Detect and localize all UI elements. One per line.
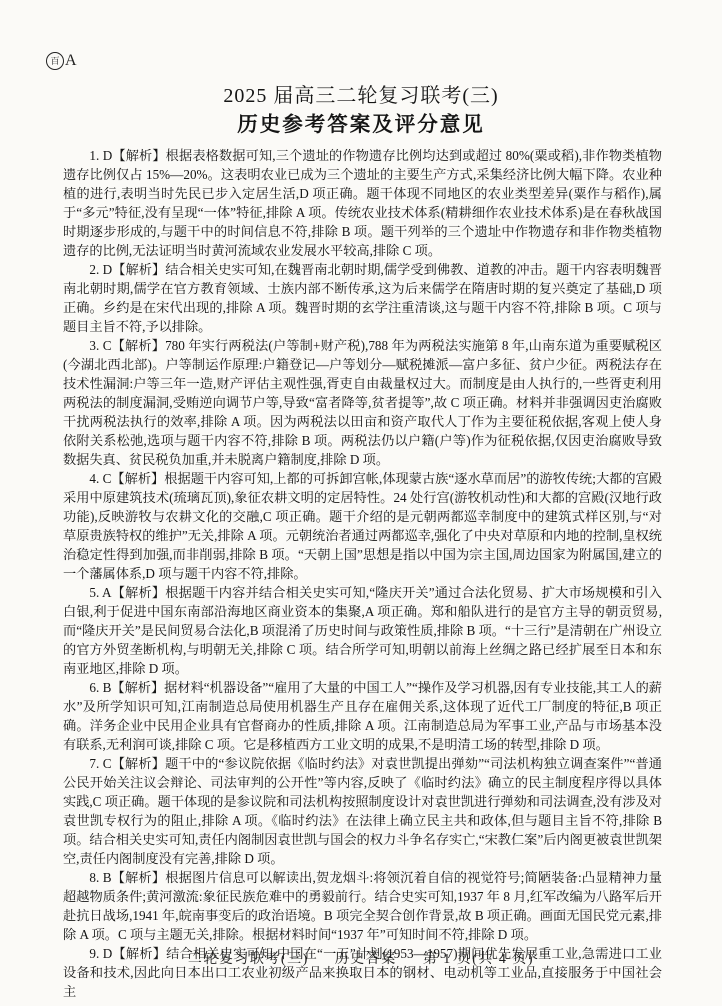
answer-sheet-page: 百A 2025 届高三二轮复习联考(三) 历史参考答案及评分意见 1. D【解析…: [0, 0, 722, 1006]
answer-paragraph-8: 8. B【解析】根据图片信息可以解读出,贺龙烟斗:将领沉着自信的视觉符号;简陋装…: [63, 868, 662, 944]
document-title: 历史参考答案及评分意见: [0, 112, 722, 138]
logo-suffix: A: [65, 52, 77, 70]
answer-paragraph-4: 4. C【解析】根据题干内容可知,上都的可拆卸宫帐,体现蒙古族“逐水草而居”的游…: [63, 469, 662, 583]
answer-explanations: 1. D【解析】根据表格数据可知,三个遗址的作物遗存比例均达到或超过 80%(粟…: [63, 146, 662, 1001]
footer-exam-name: 二轮复习联考(三): [188, 948, 309, 968]
answer-paragraph-6: 6. B【解析】据材料“机器设备”“雇用了大量的中国工人”“操作及学习机器,因有…: [63, 678, 662, 754]
footer-page-number: 第 1 页(共 4 页): [423, 948, 534, 968]
publisher-logo: 百A: [46, 52, 77, 70]
exam-title: 2025 届高三二轮复习联考(三): [0, 84, 722, 109]
footer-subject: 历史答案: [335, 948, 397, 968]
page-footer: 二轮复习联考(三)历史答案第 1 页(共 4 页): [0, 948, 722, 968]
logo-circle-icon: 百: [46, 52, 64, 70]
answer-paragraph-7: 7. C【解析】题干中的“参议院依据《临时约法》对袁世凯提出弹劾”“司法机构独立…: [63, 754, 662, 868]
answer-paragraph-5: 5. A【解析】根据题干内容并结合相关史实可知,“隆庆开关”通过合法化贸易、扩大…: [63, 583, 662, 678]
answer-paragraph-2: 2. D【解析】结合相关史实可知,在魏晋南北朝时期,儒学受到佛教、道教的冲击。题…: [63, 260, 662, 336]
answer-paragraph-1: 1. D【解析】根据表格数据可知,三个遗址的作物遗存比例均达到或超过 80%(粟…: [63, 146, 662, 260]
answer-paragraph-3: 3. C【解析】780 年实行两税法(户等制+财产税),788 年为两税法实施第…: [63, 336, 662, 469]
document-header: 2025 届高三二轮复习联考(三) 历史参考答案及评分意见: [0, 0, 722, 138]
